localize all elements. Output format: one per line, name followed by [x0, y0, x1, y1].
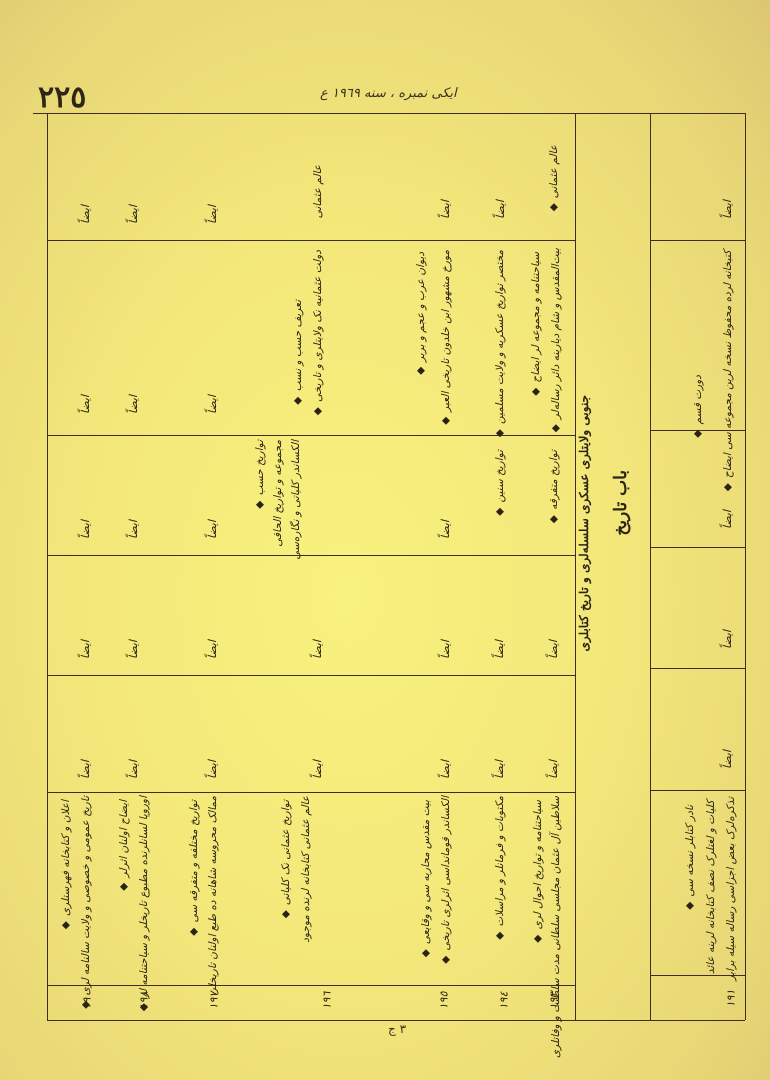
right-cell-entry-line: نادر کتابلر نسخه سی ◆ [684, 805, 696, 912]
entry-ibid: ایضاً [80, 205, 93, 224]
right-cell-ibid: ایضاً [722, 630, 735, 649]
entry-line: تعریف حسب و نسب ◆ [292, 300, 304, 407]
entry-line: الکساندر کلیاتی و نگاره‌سی [290, 440, 302, 560]
entry-ibid: ایضاً [440, 760, 453, 779]
right-cell-ibid: ایضاً [722, 200, 735, 219]
entry-line: دولت عثمانیه نک ولایتلری و تاریخی ◆ [312, 250, 324, 417]
entry-ibid: ایضاً [128, 205, 141, 224]
right-row-divider [650, 790, 745, 791]
entry-ibid: ایضاً [128, 640, 141, 659]
right-cell-entry-line: تذکره‌لرک بعض اجزاسی رساله سیله برابر [725, 797, 737, 981]
entry-line: تواریخ مختلفه و متفرقه سی ◆ [188, 800, 200, 938]
entry-line: سیاحتنامه و تواریخ احوال لری ◆ [532, 800, 544, 945]
right-cell-entry-sub: دورت قسم ◆ [692, 375, 704, 440]
entry-ibid: ایضاً [128, 395, 141, 414]
entry-ibid: ایضاً [128, 520, 141, 539]
entry-ibid: ایضاً [494, 640, 507, 659]
table-top-border [33, 113, 745, 114]
table-left-border [47, 113, 48, 1020]
entry-line: اعلان و کتابخانه فهرستلری ◆ [60, 800, 72, 932]
entry-line: بیت مقدس محاربه سی و وقایعی ◆ [420, 800, 432, 960]
entry-line: ایضاح اولنان اثرلر ◆ [118, 800, 130, 893]
entry-line: اوروپا لسانلرنده مطبوع تاریخلر و سیاحتنا… [138, 796, 150, 1013]
entry-ibid: ایضاً [494, 760, 507, 779]
table-title: باب تاریخ [612, 470, 632, 536]
entry-line: مورخ مشهور ابن خلدون تاریخی العبر ◆ [440, 250, 452, 427]
entry-ibid: ایضاً [548, 640, 561, 659]
row-number: ١٩٨ [137, 992, 150, 1010]
row-divider [47, 240, 575, 241]
entry-line: تواریخ متفرقه ◆ [548, 450, 560, 525]
entry-ibid: ایضاً [80, 760, 93, 779]
entry-line: تواریخ عثمانی نک کلیاتی ◆ [280, 800, 292, 921]
entry-ibid: ایضاً [207, 395, 220, 414]
right-row-divider [650, 240, 745, 241]
row-divider [47, 555, 575, 556]
right-cell-ibid: ایضاً [722, 510, 735, 529]
entry-line: عالم عثمانی کتابخانه لرنده موجود [300, 796, 312, 943]
entry-line: بیت‌المقدس و شام دیارینه دائر رساله‌لر ◆ [550, 248, 562, 435]
right-row-number: ١٩١ [724, 990, 737, 1008]
entry-ibid: ایضاً [548, 760, 561, 779]
entry-ibid: ایضاً [495, 200, 508, 219]
entry-ibid: ایضاً [80, 520, 93, 539]
page-number: ٢٢٥ [38, 80, 86, 115]
right-cell-ibid: ایضاً [722, 750, 735, 769]
entry-ibid: ایضاً [80, 640, 93, 659]
entry-line: تاریخ عمومی و خصوصی و ولایت سالنامه لری … [80, 796, 92, 1011]
entry-line: عالم عثمانی ◆ [548, 145, 560, 214]
row-divider [47, 792, 575, 793]
right-row-divider [650, 547, 745, 548]
entry-ibid: ایضاً [207, 520, 220, 539]
right-row-divider [650, 668, 745, 669]
row-number: ١٩٥ [437, 992, 450, 1010]
number-row-divider [47, 985, 575, 986]
entry-line: ممالک محروسه شاهانه ده طبع اولنان تاریخل… [207, 796, 219, 993]
entry-ibid: ایضاً [440, 520, 453, 539]
title-band-divider [575, 113, 576, 1020]
right-cell-entry-line: کلیات و لغتلرک نصف کتابخانه لرینه عائد [705, 800, 717, 974]
right-section-divider [650, 113, 651, 1020]
entry-line: الکساندر قومانداسی اثرلری تاریخی ◆ [440, 796, 452, 966]
entry-ibid: ایضاً [207, 640, 220, 659]
entry-line: مکتوبات و فرمانلر و مراسلات ◆ [494, 796, 506, 942]
right-cell-entry: کتبخانه لرده محفوظ نسخه لرین مجموعه سی ا… [722, 250, 734, 493]
entry-line: مختصر تواریخ عسکریه و ولایت مسلمین ◆ [494, 250, 506, 439]
entry-ibid: ایضاً [80, 395, 93, 414]
entry-ibid: ایضاً [207, 205, 220, 224]
entry-ibid: ایضاً [312, 640, 325, 659]
entry-ibid: ایضاً [128, 760, 141, 779]
entry-line: تواریخ سنین ◆ [494, 450, 506, 518]
table-subtitle: جنوبی ولایتلری عسکری سلسله‌لری و تاریخ ک… [578, 395, 592, 652]
entry-line: دیوان عرب و عجم و بربر ◆ [415, 252, 427, 377]
entry-line: مجموعه و تواریخ الحاقی [272, 440, 284, 547]
table-bottom-border [47, 1020, 745, 1021]
entry-line: عالم عثمانی [312, 165, 324, 218]
footer-mark: ٣ ج [388, 1022, 406, 1036]
entry-ibid: ایضاً [312, 760, 325, 779]
row-number: ١٩٤ [497, 992, 510, 1010]
page-header-note: ایکی نمبره ، سنه ١٩٦٩ ع [320, 86, 457, 101]
row-number: ١٩٣ [547, 992, 560, 1010]
row-number: ١٩٧ [207, 992, 220, 1010]
entry-line: سلاطین آل عثمان مجلسی سلطانی مدت سلطنت و… [550, 796, 562, 1058]
entry-line: سیاحتنامه و مجموعه لر ایضاح ◆ [530, 252, 542, 398]
entry-line: تواریخ حسب ◆ [254, 440, 266, 511]
entry-ibid: ایضاً [440, 200, 453, 219]
row-divider [47, 675, 575, 676]
table-right-border [745, 113, 746, 1020]
row-number: ١٩٦ [320, 992, 333, 1010]
entry-ibid: ایضاً [207, 760, 220, 779]
entry-ibid: ایضاً [440, 640, 453, 659]
row-number: ١٩٠ [80, 992, 93, 1010]
